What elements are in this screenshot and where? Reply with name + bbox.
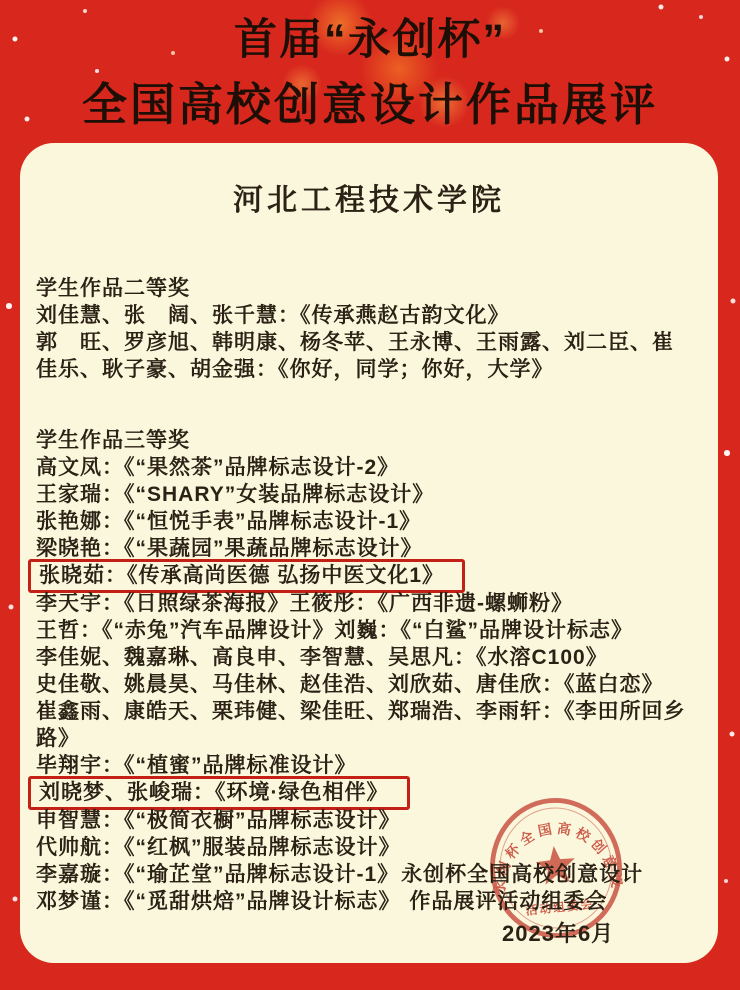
award-entry: 王家瑞：《“SHARY”女装品牌标志设计》 xyxy=(36,481,688,508)
entry-text: 崔鑫雨、康皓天、栗玮健、梁佳旺、郑瑞浩、李雨轩：《李田所回乡路》 xyxy=(36,700,686,750)
award-entry: 崔鑫雨、康皓天、栗玮健、梁佳旺、郑瑞浩、李雨轩：《李田所回乡路》 xyxy=(36,698,688,752)
highlighted-entry: 刘晓梦、张峻瑞：《环境·绿色相伴》 xyxy=(28,776,410,810)
award-entry: 李佳妮、魏嘉琳、高良申、李智慧、吴思凡：《水溶C100》 xyxy=(36,644,688,671)
award-section: 学生作品三等奖高文凤：《“果然茶”品牌标志设计-2》王家瑞：《“SHARY”女装… xyxy=(36,427,688,915)
award-sections: 学生作品二等奖刘佳慧、张 阔、张千慧：《传承燕赵古韵文化》郭 旺、罗彦旭、韩明康… xyxy=(36,275,688,915)
award-entry: 李天宇：《日照绿茶海报》王筱彤：《广西非遗-螺蛳粉》 xyxy=(36,590,688,617)
entry-text: 张艳娜：《“恒悦手表”品牌标志设计-1》 xyxy=(36,510,421,533)
entry-text: 刘佳慧、张 阔、张千慧：《传承燕赵古韵文化》 xyxy=(36,304,510,327)
signature-fragment: 作品展评活动组委会 xyxy=(403,890,608,913)
entry-text: 邓梦谨：《“觅甜烘焙”品牌设计标志》 xyxy=(36,890,401,913)
section-heading: 学生作品三等奖 xyxy=(36,427,688,454)
award-entry: 张晓茹：《传承高尚医德 弘扬中医文化1》 xyxy=(36,562,688,590)
signature-fragment: 永创杯全国高校创意设计 xyxy=(401,863,643,886)
entry-text: 毕翔宇：《“植蜜”品牌标准设计》 xyxy=(36,754,357,777)
award-entry: 申智慧：《“极简衣橱”品牌标志设计》 xyxy=(36,807,688,834)
entry-text: 王哲：《“赤兔”汽车品牌设计》刘巍：《“白鲨”品牌设计标志》 xyxy=(36,619,633,642)
entry-text: 李嘉璇：《“瑜芷堂”品牌标志设计-1》 xyxy=(36,863,399,886)
award-section: 学生作品二等奖刘佳慧、张 阔、张千慧：《传承燕赵古韵文化》郭 旺、罗彦旭、韩明康… xyxy=(36,275,688,383)
card-content: 河北工程技术学院 学生作品二等奖刘佳慧、张 阔、张千慧：《传承燕赵古韵文化》郭 … xyxy=(20,143,718,949)
award-entry: 史佳敬、姚晨昊、马佳林、赵佳浩、刘欣茹、唐佳欣：《蓝白恋》 xyxy=(36,671,688,698)
award-entry: 刘晓梦、张峻瑞：《环境·绿色相伴》 xyxy=(36,779,688,807)
award-entry: 高文凤：《“果然茶”品牌标志设计-2》 xyxy=(36,454,688,481)
highlighted-entry: 张晓茹：《传承高尚医德 弘扬中医文化1》 xyxy=(28,559,465,593)
award-entry: 邓梦谨：《“觅甜烘焙”品牌设计标志》 作品展评活动组委会 xyxy=(36,888,688,915)
school-name: 河北工程技术学院 xyxy=(36,175,702,219)
award-entry: 毕翔宇：《“植蜜”品牌标准设计》 xyxy=(36,752,688,779)
entry-text: 王家瑞：《“SHARY”女装品牌标志设计》 xyxy=(36,483,434,506)
entry-text: 申智慧：《“极简衣橱”品牌标志设计》 xyxy=(36,809,401,832)
award-entry: 郭 旺、罗彦旭、韩明康、杨冬苹、王永博、王雨露、刘二臣、崔佳乐、耿子豪、胡金强：… xyxy=(36,329,688,383)
entry-text: 李佳妮、魏嘉琳、高良申、李智慧、吴思凡：《水溶C100》 xyxy=(36,646,608,669)
award-poster: 首届“永创杯” 全国高校创意设计作品展评 获奖名单 永创杯全国高校创意设计 活动… xyxy=(0,0,740,990)
section-heading: 学生作品二等奖 xyxy=(36,275,688,302)
entry-text: 史佳敬、姚晨昊、马佳林、赵佳浩、刘欣茹、唐佳欣：《蓝白恋》 xyxy=(36,673,664,696)
entry-text: 代帅航：《“红枫”服装品牌标志设计》 xyxy=(36,836,401,859)
signature-date: 2023年6月 xyxy=(36,919,702,949)
award-entry: 梁晓艳：《“果蔬园”果蔬品牌标志设计》 xyxy=(36,535,688,562)
entry-text: 郭 旺、罗彦旭、韩明康、杨冬苹、王永博、王雨露、刘二臣、崔佳乐、耿子豪、胡金强：… xyxy=(36,331,674,381)
award-entry: 王哲：《“赤兔”汽车品牌设计》刘巍：《“白鲨”品牌设计标志》 xyxy=(36,617,688,644)
award-entry: 刘佳慧、张 阔、张千慧：《传承燕赵古韵文化》 xyxy=(36,302,688,329)
entry-text: 高文凤：《“果然茶”品牌标志设计-2》 xyxy=(36,456,399,479)
entry-text: 李天宇：《日照绿茶海报》王筱彤：《广西非遗-螺蛳粉》 xyxy=(36,592,573,615)
award-entry: 李嘉璇：《“瑜芷堂”品牌标志设计-1》永创杯全国高校创意设计 xyxy=(36,861,688,888)
award-card: 永创杯全国高校创意设计 活动组委会 河北工程技术学院 学生作品二等奖刘佳慧、张 … xyxy=(20,143,718,963)
award-entry: 代帅航：《“红枫”服装品牌标志设计》 xyxy=(36,834,688,861)
title-line-2: 全国高校创意设计作品展评 xyxy=(0,68,740,133)
title-line-1: 首届“永创杯” xyxy=(0,6,740,67)
entry-text: 梁晓艳：《“果蔬园”果蔬品牌标志设计》 xyxy=(36,537,423,560)
award-entry: 张艳娜：《“恒悦手表”品牌标志设计-1》 xyxy=(36,508,688,535)
